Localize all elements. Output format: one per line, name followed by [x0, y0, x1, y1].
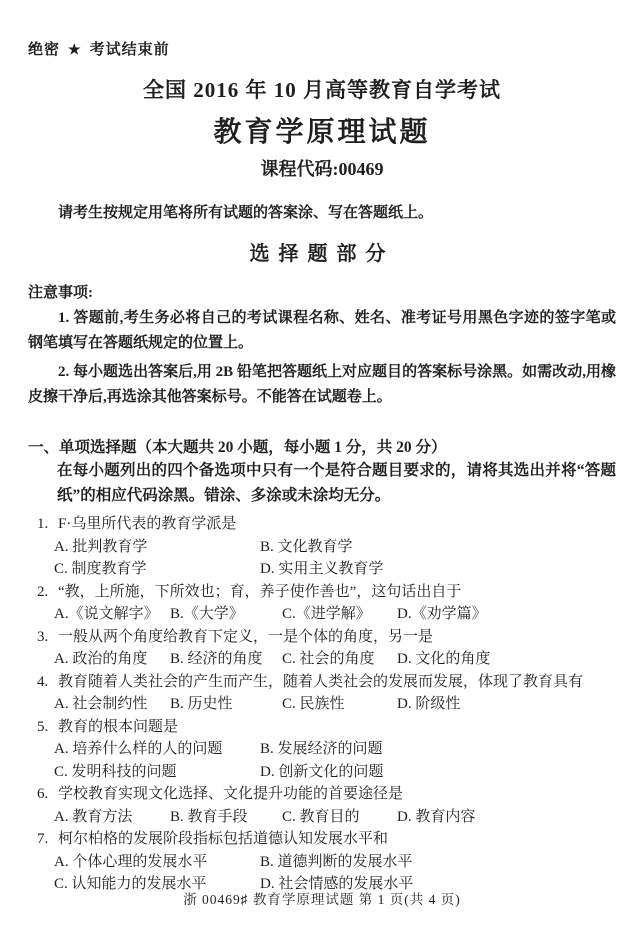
general-instruction: 请考生按规定用笔将所有试题的答案涂、写在答题纸上。	[28, 201, 616, 222]
question-text: “教，上所施，下所效也；育，养子使作善也”，这句话出自于	[58, 581, 616, 604]
question-text: 柯尔柏格的发展阶段指标包括道德认知发展水平和	[58, 828, 616, 851]
exam-title: 教育学原理试题	[28, 110, 616, 150]
answer-option: C. 社会的角度	[282, 648, 397, 671]
options-row: C. 发明科技的问题D. 创新文化的问题	[54, 761, 616, 784]
question-number: 7.	[37, 828, 58, 851]
question-6: 6.学校教育实现文化选择、文化提升功能的首要途径是A. 教育方法B. 教育手段C…	[28, 783, 616, 828]
answer-option: B. 历史性	[170, 693, 282, 716]
answer-option: D. 文化的角度	[397, 648, 490, 671]
question-3: 3.一般从两个角度给教育下定义，一是个体的角度，另一是A. 政治的角度B. 经济…	[28, 626, 616, 671]
question-text: 学校教育实现文化选择、文化提升功能的首要途径是	[58, 783, 616, 806]
secrecy-label: 绝密	[28, 42, 60, 58]
secrecy-line: 绝密★考试结束前	[28, 38, 616, 59]
question-4: 4.教育随着人类社会的产生而产生，随着人类社会的发展而发展，体现了教育具有A. …	[28, 671, 616, 716]
question-text: 一般从两个角度给教育下定义，一是个体的角度，另一是	[58, 626, 616, 649]
options-row: A.《说文解字》B.《大学》C.《进学解》D.《劝学篇》	[54, 603, 616, 626]
answer-option: C. 教育目的	[282, 806, 397, 829]
question-number: 5.	[37, 716, 58, 739]
question-number: 2.	[37, 581, 58, 604]
answer-option: D.《劝学篇》	[397, 603, 487, 626]
page-footer: 浙 00469♯ 教育学原理试题 第 1 页(共 4 页)	[0, 888, 644, 908]
question-7: 7.柯尔柏格的发展阶段指标包括道德认知发展水平和A. 个体心理的发展水平B. 道…	[28, 828, 616, 896]
question-line: 7.柯尔柏格的发展阶段指标包括道德认知发展水平和	[28, 828, 616, 851]
answer-option: A. 个体心理的发展水平	[54, 851, 260, 874]
answer-option: A. 批判教育学	[54, 536, 260, 559]
part-one-instruction: 在每小题列出的四个备选项中只有一个是符合题目要求的，请将其选出并将“答题纸”的相…	[57, 458, 616, 508]
options-row: A. 社会制约性B. 历史性C. 民族性D. 阶级性	[54, 693, 616, 716]
answer-option: B. 文化教育学	[260, 536, 353, 559]
answer-option: B. 发展经济的问题	[260, 738, 383, 761]
question-line: 6.学校教育实现文化选择、文化提升功能的首要途径是	[28, 783, 616, 806]
answer-option: A. 社会制约性	[54, 693, 170, 716]
secrecy-note: 考试结束前	[90, 42, 170, 58]
question-line: 2.“教，上所施，下所效也；育，养子使作善也”，这句话出自于	[28, 581, 616, 604]
answer-option: A. 教育方法	[54, 806, 170, 829]
course-code: 课程代码:00469	[28, 155, 616, 181]
question-1: 1.F·乌里所代表的教育学派是A. 批判教育学B. 文化教育学C. 制度教育学D…	[28, 513, 616, 581]
exam-page: 绝密★考试结束前 全国 2016 年 10 月高等教育自学考试 教育学原理试题 …	[0, 0, 644, 936]
question-text: 教育的根本问题是	[58, 716, 616, 739]
star-icon: ★	[68, 43, 82, 58]
question-text: 教育随着人类社会的产生而产生，随着人类社会的发展而发展，体现了教育具有	[58, 671, 616, 694]
answer-option: B.《大学》	[170, 603, 282, 626]
options-row: A. 个体心理的发展水平B. 道德判断的发展水平	[54, 851, 616, 874]
question-2: 2.“教，上所施，下所效也；育，养子使作善也”，这句话出自于A.《说文解字》B.…	[28, 581, 616, 626]
notice-item-1: 1. 答题前,考生务必将自己的考试课程名称、姓名、准考证号用黑色字迹的签字笔或钢…	[28, 306, 616, 356]
options-row: A. 培养什么样的人的问题B. 发展经济的问题	[54, 738, 616, 761]
answer-option: C. 发明科技的问题	[54, 761, 260, 784]
answer-option: B. 教育手段	[170, 806, 282, 829]
question-number: 1.	[37, 513, 58, 536]
question-line: 3.一般从两个角度给教育下定义，一是个体的角度，另一是	[28, 626, 616, 649]
question-text: F·乌里所代表的教育学派是	[58, 513, 616, 536]
part-one-heading: 一、单项选择题（本大题共 20 小题，每小题 1 分，共 20 分）	[28, 435, 616, 457]
options-row: A. 教育方法B. 教育手段C. 教育目的D. 教育内容	[54, 806, 616, 829]
answer-option: B. 道德判断的发展水平	[260, 851, 413, 874]
question-number: 4.	[37, 671, 58, 694]
answer-option: A. 政治的角度	[54, 648, 170, 671]
answer-option: A.《说文解字》	[54, 603, 170, 626]
answer-option: C. 民族性	[282, 693, 397, 716]
answer-option: D. 阶级性	[397, 693, 460, 716]
section-title: 选择题部分	[28, 237, 616, 266]
answer-option: D. 创新文化的问题	[260, 761, 383, 784]
notice-item-2: 2. 每小题选出答案后,用 2B 铅笔把答题纸上对应题目的答案标号涂黑。如需改动…	[28, 360, 616, 410]
exam-session: 全国 2016 年 10 月高等教育自学考试	[28, 74, 616, 104]
answer-option: A. 培养什么样的人的问题	[54, 738, 260, 761]
question-number: 3.	[37, 626, 58, 649]
answer-option: C. 制度教育学	[54, 558, 260, 581]
notices-heading: 注意事项:	[28, 281, 616, 302]
question-line: 4.教育随着人类社会的产生而产生，随着人类社会的发展而发展，体现了教育具有	[28, 671, 616, 694]
question-number: 6.	[37, 783, 58, 806]
question-line: 1.F·乌里所代表的教育学派是	[28, 513, 616, 536]
question-line: 5.教育的根本问题是	[28, 716, 616, 739]
questions: 1.F·乌里所代表的教育学派是A. 批判教育学B. 文化教育学C. 制度教育学D…	[28, 513, 616, 896]
answer-option: D. 教育内容	[397, 806, 475, 829]
question-5: 5.教育的根本问题是A. 培养什么样的人的问题B. 发展经济的问题C. 发明科技…	[28, 716, 616, 784]
answer-option: C.《进学解》	[282, 603, 397, 626]
options-row: A. 批判教育学B. 文化教育学	[54, 536, 616, 559]
answer-option: D. 实用主义教育学	[260, 558, 383, 581]
options-row: C. 制度教育学D. 实用主义教育学	[54, 558, 616, 581]
answer-option: B. 经济的角度	[170, 648, 282, 671]
options-row: A. 政治的角度B. 经济的角度C. 社会的角度D. 文化的角度	[54, 648, 616, 671]
